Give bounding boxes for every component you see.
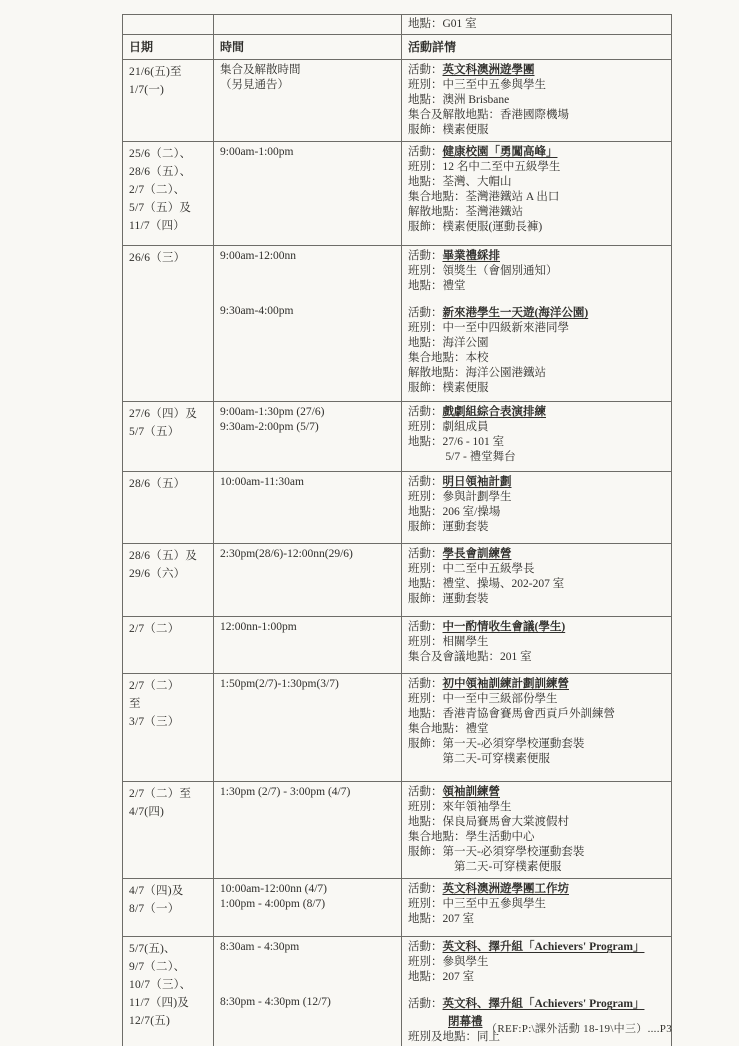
details-cell: 活動：初中領袖訓練計劃訓練營 班別：中一至中三級部份學生 地點：香港青協會賽馬會… — [401, 674, 671, 781]
date-cell: 2/7（二） 至 3/7（三） — [123, 674, 213, 781]
activity-label: 活動： — [408, 250, 443, 262]
time-cell: 10:00am-12:00nn (4/7) 1:00pm - 4:00pm (8… — [213, 879, 401, 936]
date-cell: 28/6（五）及 29/6（六） — [123, 544, 213, 616]
activity-label: 活動： — [408, 883, 443, 895]
col-header-details: 活動詳情 — [401, 35, 671, 59]
activity-label: 活動： — [408, 998, 443, 1010]
top-note-row: 地點：G01 室 — [123, 15, 671, 34]
time-cell: 9:00am-1:00pm — [213, 142, 401, 245]
activity-block: 活動：健康校園「勇闖高峰」 班別：12 名中二至中五級學生 地點：荃灣、大帽山 … — [408, 145, 667, 235]
footer-ref: （REF:P:\課外活動 18-19\中三）....P3 — [122, 1020, 672, 1036]
table-row: 2/7（二） 至 3/7（三） 1:50pm(2/7)-1:30pm(3/7) … — [123, 673, 671, 781]
details-cell: 活動：健康校園「勇闖高峰」 班別：12 名中二至中五級學生 地點：荃灣、大帽山 … — [401, 142, 671, 245]
activity-block: 活動：新來港學生一天遊(海洋公園) 班別：中一至中四級新來港同學 地點：海洋公園… — [408, 306, 667, 396]
time-cell: 2:30pm(28/6)-12:00nn(29/6) — [213, 544, 401, 616]
activity-title: 活動：學長會訓練營 — [408, 547, 667, 562]
activity-block: 活動：畢業禮綵排 班別：領獎生（會個別通知） 地點：禮堂 — [408, 249, 667, 294]
activity-title: 活動：明日領袖計劃 — [408, 475, 667, 490]
time-entry: 8:30am - 4:30pm — [220, 940, 397, 955]
table-row: 2/7（二）至 4/7(四) 1:30pm (2/7) - 3:00pm (4/… — [123, 781, 671, 878]
activity-details: 班別：中一至中四級新來港同學 地點：海洋公園 集合地點：本校 解散地點：海洋公園… — [408, 321, 667, 396]
activity-details: 班別：劇組成員 地點：27/6 - 101 室 5/7 - 禮堂舞台 — [408, 420, 667, 465]
activity-title: 活動：初中領袖訓練計劃訓練營 — [408, 677, 667, 692]
date-cell: 26/6（三） — [123, 246, 213, 401]
activity-details: 班別：中三至中五參與學生 地點：207 室 — [408, 897, 667, 927]
activity-details: 班別：中二至中五級學長 地點：禮堂、操場、202-207 室 服飾：運動套裝 — [408, 562, 667, 607]
activity-title: 活動：健康校園「勇闖高峰」 — [408, 145, 667, 160]
details-cell: 活動：明日領袖計劃 班別：參與計劃學生 地點：206 室/操場 服飾：運動套裝 — [401, 472, 671, 543]
date-cell: 27/6（四）及 5/7（五） — [123, 402, 213, 471]
activity-label: 活動： — [408, 678, 443, 690]
date-cell: 21/6(五)至 1/7(一) — [123, 60, 213, 141]
empty-cell — [213, 15, 401, 34]
activity-block: 活動：英文科澳洲遊學團工作坊 班別：中三至中五參與學生 地點：207 室 — [408, 882, 667, 927]
activity-label: 活動： — [408, 406, 443, 418]
table-row: 4/7（四)及 8/7（一） 10:00am-12:00nn (4/7) 1:0… — [123, 878, 671, 936]
header-row: 日期 時間 活動詳情 — [123, 34, 671, 59]
activity-block: 活動：中一酌情收生會議(學生) 班別：相關學生 集合及會議地點：201 室 — [408, 620, 667, 665]
table-row: 2/7（二） 12:00nn-1:00pm 活動：中一酌情收生會議(學生) 班別… — [123, 616, 671, 673]
date-cell: 2/7（二） — [123, 617, 213, 673]
activity-details: 班別：參與計劃學生 地點：206 室/操場 服飾：運動套裝 — [408, 490, 667, 535]
activity-block: 活動：初中領袖訓練計劃訓練營 班別：中一至中三級部份學生 地點：香港青協會賽馬會… — [408, 677, 667, 767]
schedule-table: 地點：G01 室 日期 時間 活動詳情 21/6(五)至 1/7(一) 集合及解… — [122, 14, 672, 1046]
activity-details: 班別：來年領袖學生 地點：保良局賽馬會大棠渡假村 集合地點：學生活動中心 服飾：… — [408, 800, 667, 875]
activity-label: 活動： — [408, 621, 443, 633]
activity-label: 活動： — [408, 146, 443, 158]
table-row: 28/6（五） 10:00am-11:30am 活動：明日領袖計劃 班別：參與計… — [123, 471, 671, 543]
activity-details: 班別：12 名中二至中五級學生 地點：荃灣、大帽山 集合地點：荃灣港鐵站 A 出… — [408, 160, 667, 235]
activity-title: 活動：新來港學生一天遊(海洋公園) — [408, 306, 667, 321]
empty-cell — [123, 15, 213, 34]
table-row: 21/6(五)至 1/7(一) 集合及解散時間 （另見通告） 活動：英文科澳洲遊… — [123, 59, 671, 141]
activity-title: 活動：英文科、擇升組「Achievers' Program」 — [408, 940, 667, 955]
table-row: 25/6（二）、 28/6（五）、 2/7（二）、 5/7（五）及 11/7（四… — [123, 141, 671, 245]
activity-title: 活動：領袖訓練營 — [408, 785, 667, 800]
activity-block: 活動：英文科、擇升組「Achievers' Program」 班別：參與學生 地… — [408, 940, 667, 985]
time-cell: 9:00am-1:30pm (27/6) 9:30am-2:00pm (5/7) — [213, 402, 401, 471]
activity-label: 活動： — [408, 307, 443, 319]
details-cell: 活動：英文科澳洲遊學團工作坊 班別：中三至中五參與學生 地點：207 室 — [401, 879, 671, 936]
col-header-date: 日期 — [123, 35, 213, 59]
time-entry: 8:30pm - 4:30pm (12/7) — [220, 995, 397, 1010]
details-cell: 活動：畢業禮綵排 班別：領獎生（會個別通知） 地點：禮堂 活動：新來港學生一天遊… — [401, 246, 671, 401]
activity-details: 班別：參與學生 地點：207 室 — [408, 955, 667, 985]
time-cell: 集合及解散時間 （另見通告） — [213, 60, 401, 141]
activity-label: 活動： — [408, 64, 443, 76]
activity-title: 活動：戲劇組綜合表演排練 — [408, 405, 667, 420]
activity-title: 活動：中一酌情收生會議(學生) — [408, 620, 667, 635]
time-cell: 1:30pm (2/7) - 3:00pm (4/7) — [213, 782, 401, 878]
activity-label: 活動： — [408, 786, 443, 798]
activity-details: 班別：中三至中五參與學生 地點：澳洲 Brisbane 集合及解散地點：香港國際… — [408, 78, 667, 138]
details-cell: 活動：學長會訓練營 班別：中二至中五級學長 地點：禮堂、操場、202-207 室… — [401, 544, 671, 616]
time-cell: 10:00am-11:30am — [213, 472, 401, 543]
activity-block: 活動：明日領袖計劃 班別：參與計劃學生 地點：206 室/操場 服飾：運動套裝 — [408, 475, 667, 535]
time-cell: 1:50pm(2/7)-1:30pm(3/7) — [213, 674, 401, 781]
table-row: 27/6（四）及 5/7（五） 9:00am-1:30pm (27/6) 9:3… — [123, 401, 671, 471]
activity-label: 活動： — [408, 476, 443, 488]
activity-block: 活動：學長會訓練營 班別：中二至中五級學長 地點：禮堂、操場、202-207 室… — [408, 547, 667, 607]
scanned-schedule-page: 地點：G01 室 日期 時間 活動詳情 21/6(五)至 1/7(一) 集合及解… — [0, 0, 739, 1046]
date-cell: 4/7（四)及 8/7（一） — [123, 879, 213, 936]
date-cell: 2/7（二）至 4/7(四) — [123, 782, 213, 878]
table-row: 26/6（三） 9:00am-12:00nn 9:30am-4:00pm 活動：… — [123, 245, 671, 401]
activity-label: 活動： — [408, 548, 443, 560]
col-header-time: 時間 — [213, 35, 401, 59]
activity-details: 班別：相關學生 集合及會議地點：201 室 — [408, 635, 667, 665]
activity-title: 活動：畢業禮綵排 — [408, 249, 667, 264]
details-cell: 活動：戲劇組綜合表演排練 班別：劇組成員 地點：27/6 - 101 室 5/7… — [401, 402, 671, 471]
details-cell: 活動：領袖訓練營 班別：來年領袖學生 地點：保良局賽馬會大棠渡假村 集合地點：學… — [401, 782, 671, 878]
activity-details: 班別：中一至中三級部份學生 地點：香港青協會賽馬會西貢戶外訓練營 集合地點：禮堂… — [408, 692, 667, 767]
time-entry: 9:00am-12:00nn — [220, 249, 397, 264]
activity-title: 活動：英文科、擇升組「Achievers' Program」 — [408, 997, 667, 1012]
activity-details: 班別：領獎生（會個別通知） 地點：禮堂 — [408, 264, 667, 294]
activity-block: 活動：領袖訓練營 班別：來年領袖學生 地點：保良局賽馬會大棠渡假村 集合地點：學… — [408, 785, 667, 875]
location-note: 地點：G01 室 — [401, 15, 671, 34]
activity-title: 活動：英文科澳洲遊學團 — [408, 63, 667, 78]
table-row: 28/6（五）及 29/6（六） 2:30pm(28/6)-12:00nn(29… — [123, 543, 671, 616]
time-cell: 12:00nn-1:00pm — [213, 617, 401, 673]
activity-block: 活動：戲劇組綜合表演排練 班別：劇組成員 地點：27/6 - 101 室 5/7… — [408, 405, 667, 465]
date-cell: 25/6（二）、 28/6（五）、 2/7（二）、 5/7（五）及 11/7（四… — [123, 142, 213, 245]
activity-label: 活動： — [408, 941, 443, 953]
time-cell: 9:00am-12:00nn 9:30am-4:00pm — [213, 246, 401, 401]
details-cell: 活動：英文科澳洲遊學團 班別：中三至中五參與學生 地點：澳洲 Brisbane … — [401, 60, 671, 141]
activity-title: 活動：英文科澳洲遊學團工作坊 — [408, 882, 667, 897]
details-cell: 活動：中一酌情收生會議(學生) 班別：相關學生 集合及會議地點：201 室 — [401, 617, 671, 673]
date-cell: 28/6（五） — [123, 472, 213, 543]
activity-block: 活動：英文科澳洲遊學團 班別：中三至中五參與學生 地點：澳洲 Brisbane … — [408, 63, 667, 138]
time-entry: 9:30am-4:00pm — [220, 304, 397, 319]
